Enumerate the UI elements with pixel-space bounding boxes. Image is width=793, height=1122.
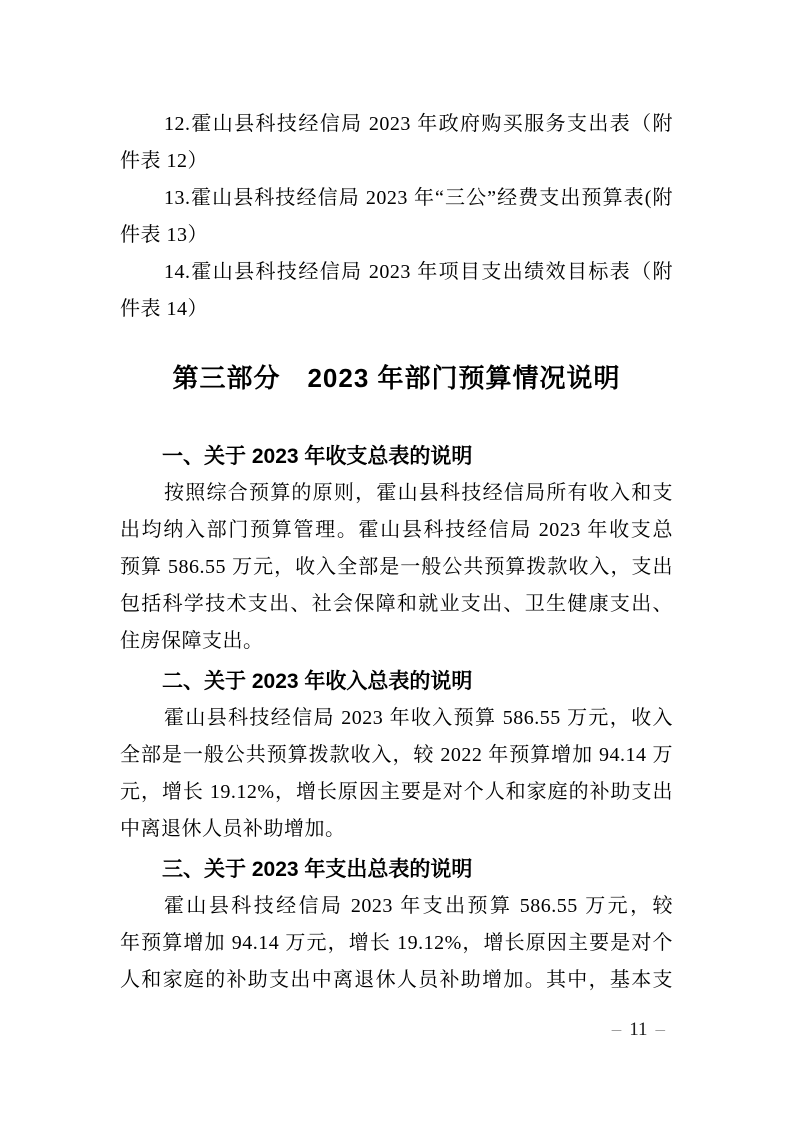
part-heading: 第三部分 2023 年部门预算情况说明: [120, 358, 673, 398]
attachment-list-line: 件表 13）: [120, 217, 673, 254]
document-page: 12.霍山县科技经信局 2023 年政府购买服务支出表（附 件表 12） 13.…: [0, 0, 793, 1122]
page-number-dash: –: [604, 1019, 630, 1040]
paragraph-line: 全部是一般公共预算拨款收入，较 2022 年预算增加 94.14 万: [120, 737, 673, 774]
attachment-list-line: 14.霍山县科技经信局 2023 年项目支出绩效目标表（附: [120, 254, 673, 291]
paragraph-line: 包括科学技术支出、社会保障和就业支出、卫生健康支出、: [120, 586, 673, 623]
paragraph-line: 元，增长 19.12%，增长原因主要是对个人和家庭的补助支出: [120, 774, 673, 811]
section-heading-1: 一、关于 2023 年收支总表的说明: [120, 438, 673, 475]
page-footer: –11–: [120, 1017, 673, 1043]
attachment-list-line: 件表 12）: [120, 143, 673, 180]
paragraph-line: 住房保障支出。: [120, 623, 673, 660]
attachment-list-line: 12.霍山县科技经信局 2023 年政府购买服务支出表（附: [120, 106, 673, 143]
section-heading-3: 三、关于 2023 年支出总表的说明: [120, 851, 673, 888]
paragraph-line: 中离退休人员补助增加。: [120, 811, 673, 848]
paragraph-line: 霍山县科技经信局 2023 年收入预算 586.55 万元，收入: [120, 700, 673, 737]
paragraph-line: 按照综合预算的原则，霍山县科技经信局所有收入和支: [120, 475, 673, 512]
page-number: 11: [629, 1019, 647, 1040]
attachment-list-line: 件表 14）: [120, 291, 673, 328]
page-number-dash: –: [648, 1019, 674, 1040]
paragraph-line: 霍山县科技经信局 2023 年支出预算 586.55 万元，较 2022: [120, 888, 673, 925]
section-heading-2: 二、关于 2023 年收入总表的说明: [120, 663, 673, 700]
attachment-list-line: 13.霍山县科技经信局 2023 年“三公”经费支出预算表(附: [120, 180, 673, 217]
paragraph-line: 年预算增加 94.14 万元，增长 19.12%，增长原因主要是对个: [120, 925, 673, 962]
paragraph-line: 人和家庭的补助支出中离退休人员补助增加。其中，基本支: [120, 962, 673, 999]
paragraph-line: 预算 586.55 万元，收入全部是一般公共预算拨款收入，支出: [120, 549, 673, 586]
paragraph-line: 出均纳入部门预算管理。霍山县科技经信局 2023 年收支总: [120, 512, 673, 549]
